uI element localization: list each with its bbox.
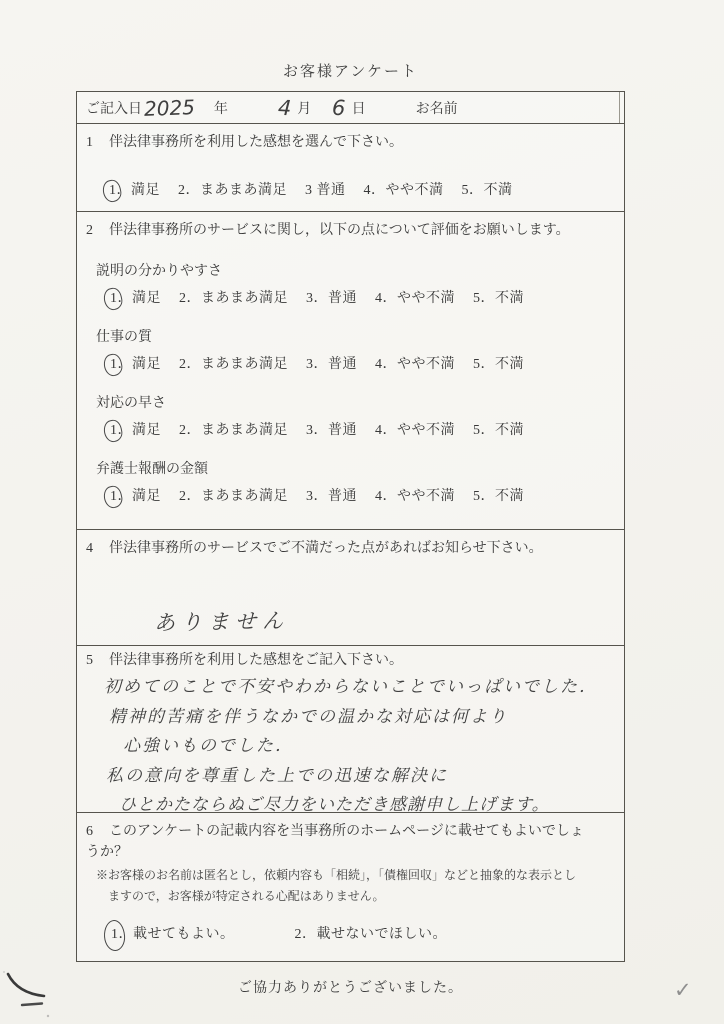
rating-option: 4．やや不満 [375, 485, 455, 505]
subquestion-label: 弁護士報酬の金額 [96, 460, 614, 480]
option-number: 1 [110, 291, 118, 307]
option-label: 普通 [317, 183, 346, 198]
option-separator: ． [383, 423, 398, 438]
option-number: 5 [473, 423, 481, 439]
option-label: やや不満 [397, 291, 455, 306]
option-number: 4 [375, 291, 383, 307]
rating-option: 1．満足 [110, 353, 161, 373]
option-label: 不満 [495, 357, 524, 372]
entry-year-value: 2025 [144, 95, 196, 121]
rating-option: 5．不満 [473, 287, 524, 307]
option-separator: ． [314, 291, 329, 306]
option-label: 載せないでほしい。 [317, 927, 448, 942]
option-number: 3 [305, 183, 313, 199]
question-number: 1 [86, 133, 109, 153]
option-number: 2 [179, 357, 187, 373]
rating-options-row: 1．満足 2．まあまあ満足 3．普通 4．やや不満 5．不満 [110, 287, 614, 307]
rating-option: 3．普通 [306, 353, 357, 373]
subquestion-label: 対応の早さ [96, 394, 614, 414]
handwritten-comment-block: 初めてのことで不安やわからないことでいっぱいでした． 精神的苦痛を伴うなかでの温… [86, 673, 614, 821]
question-4: 4 伴法律事務所のサービスでご不満だった点があればお知らせ下さい。 ありません [77, 530, 624, 646]
entry-date-row: ご記入日 2025 年 4 月 6 日 お名前 [77, 92, 624, 124]
question-2: 2 伴法律事務所のサービスに関し，以下の点について評価をお願いします。 説明の分… [77, 212, 624, 530]
option-separator: ． [383, 489, 398, 504]
rating-option: 4．やや不満 [364, 179, 444, 199]
option-number: 2 [179, 489, 187, 505]
rating-option: 1．満足 [109, 179, 160, 199]
anonymity-note-line-2: ますので，お客様が特定される心配はありません。 [108, 886, 614, 907]
option-separator: ． [187, 489, 202, 504]
question-number: 6 [86, 822, 109, 842]
question-6-statement: 6 このアンケートの記載内容を当事務所のホームページに載せてもよいでしょ [86, 813, 614, 842]
handwritten-comment-line: 心強いものでした． [123, 732, 614, 762]
publish-option: 2．載せないでほしい。 [295, 923, 448, 943]
rating-option: 1．満足 [110, 419, 161, 439]
option-number: 1 [110, 423, 118, 439]
option-separator: ． [481, 423, 496, 438]
option-label: やや不満 [397, 423, 455, 438]
question-number: 4 [86, 539, 109, 559]
option-label: 普通 [328, 357, 357, 372]
question-6: 6 このアンケートの記載内容を当事務所のホームページに載せてもよいでしょ うか？… [77, 813, 624, 961]
question-1-statement: 1 伴法律事務所を利用した感想を選んで下さい。 [86, 124, 614, 153]
rating-options-row: 1．満足 2．まあまあ満足 3．普通 4．やや不満 5．不満 [110, 353, 614, 373]
customer-name-label: お名前 [416, 98, 458, 118]
rating-option: 5．不満 [473, 419, 524, 439]
anonymity-note: ※お客様のお名前は匿名とし，依頼内容も「相続」，「債権回収」などと抽象的な表示と… [86, 865, 614, 907]
option-number: 2 [295, 927, 303, 943]
rating-option: 3．普通 [306, 419, 357, 439]
option-number: 4 [375, 423, 383, 439]
pen-stroke-mark [2, 968, 62, 1020]
rating-option: 4．やや不満 [375, 353, 455, 373]
option-number: 5 [473, 489, 481, 505]
option-label: 満足 [132, 423, 161, 438]
option-label: 普通 [328, 489, 357, 504]
rating-option: 1．満足 [110, 485, 161, 505]
option-separator: ． [481, 489, 496, 504]
subquestion-attorney-fees: 弁護士報酬の金額 1．満足 2．まあまあ満足 3．普通 4．やや不満 5．不満 [86, 460, 614, 505]
option-label: 不満 [495, 291, 524, 306]
rating-option: 4．やや不満 [375, 419, 455, 439]
option-number: 3 [306, 291, 314, 307]
option-number: 2 [178, 183, 186, 199]
question-1: 1 伴法律事務所を利用した感想を選んで下さい。 1．満足 2．まあまあ満足 3 … [77, 124, 624, 212]
option-label: 不満 [495, 423, 524, 438]
option-label: 普通 [328, 291, 357, 306]
option-separator: ． [314, 423, 329, 438]
rating-option: 5．不満 [473, 353, 524, 373]
option-separator: ． [371, 183, 386, 198]
option-number: 4 [364, 183, 372, 199]
publish-option: 1．載せてもよい。 [111, 923, 235, 943]
rating-option: 2．まあまあ満足 [178, 179, 287, 199]
rating-option: 5．不満 [462, 179, 513, 199]
option-number: 4 [375, 357, 383, 373]
option-number: 1 [109, 183, 117, 199]
question-4-statement: 4 伴法律事務所のサービスでご不満だった点があればお知らせ下さい。 [86, 530, 614, 559]
question-5: 5 伴法律事務所を利用した感想をご記入下さい。 初めてのことで不安やわからないこ… [77, 646, 624, 813]
option-number: 1 [111, 927, 119, 943]
day-unit-label: 日 [352, 98, 366, 118]
handwritten-comment-line: 初めてのことで不安やわからないことでいっぱいでした． [104, 673, 614, 703]
option-number: 4 [375, 489, 383, 505]
year-unit-label: 年 [214, 98, 228, 118]
option-number: 1 [110, 357, 118, 373]
option-label: 満足 [132, 357, 161, 372]
rating-option: 2．まあまあ満足 [179, 485, 288, 505]
option-separator: ． [186, 183, 201, 198]
rating-option: 3 普通 [305, 179, 346, 199]
option-label: まあまあ満足 [201, 357, 288, 372]
subquestion-response-speed: 対応の早さ 1．満足 2．まあまあ満足 3．普通 4．やや不満 5．不満 [86, 394, 614, 439]
option-label: 満足 [131, 183, 160, 198]
option-separator: ． [302, 927, 317, 942]
option-separator: ． [383, 291, 398, 306]
option-label: まあまあ満足 [201, 423, 288, 438]
option-label: 満足 [132, 291, 161, 306]
option-label: 普通 [328, 423, 357, 438]
question-text-line-1: このアンケートの記載内容を当事務所のホームページに載せてもよいでしょ [109, 822, 614, 842]
question-text: 伴法律事務所を利用した感想をご記入下さい。 [109, 652, 614, 670]
option-label: まあまあ満足 [200, 183, 287, 198]
handwritten-comment-line: 私の意向を尊重した上での迅速な解決に [106, 762, 614, 792]
option-number: 5 [473, 291, 481, 307]
option-label: 不満 [495, 489, 524, 504]
option-label: 載せてもよい。 [133, 927, 235, 942]
rating-option: 2．まあまあ満足 [179, 353, 288, 373]
scanned-survey-sheet: お客様アンケート ご記入日 2025 年 4 月 6 日 お名前 1 伴法律事務… [0, 0, 724, 1024]
option-separator: ． [187, 291, 202, 306]
option-label: 不満 [484, 183, 513, 198]
question-2-statement: 2 伴法律事務所のサービスに関し，以下の点について評価をお願いします。 [86, 212, 614, 241]
handwritten-answer: ありません [154, 599, 614, 637]
rating-option: 3．普通 [306, 485, 357, 505]
rating-option: 3．普通 [306, 287, 357, 307]
option-label: まあまあ満足 [201, 291, 288, 306]
option-number: 3 [306, 423, 314, 439]
thank-you-footer: ご協力ありがとうございました。 [76, 977, 625, 997]
rating-options-row: 1．満足 2．まあまあ満足 3 普通 4．やや不満 5．不満 [109, 179, 614, 199]
option-number: 2 [179, 423, 187, 439]
option-number: 3 [306, 489, 314, 505]
subquestion-work-quality: 仕事の質 1．満足 2．まあまあ満足 3．普通 4．やや不満 5．不満 [86, 328, 614, 373]
subquestion-clarity: 説明の分かりやすさ 1．満足 2．まあまあ満足 3．普通 4．やや不満 5．不満 [86, 262, 614, 307]
question-5-statement: 5 伴法律事務所を利用した感想をご記入下さい。 [86, 646, 614, 670]
option-separator: ． [481, 291, 496, 306]
option-separator: ． [481, 357, 496, 372]
option-label: まあまあ満足 [201, 489, 288, 504]
question-text-line-2: うか？ [86, 842, 614, 863]
rating-option: 4．やや不満 [375, 287, 455, 307]
option-number: 5 [462, 183, 470, 199]
option-separator: ． [314, 489, 329, 504]
rating-option: 2．まあまあ満足 [179, 287, 288, 307]
question-number: 2 [86, 221, 109, 241]
question-text: 伴法律事務所のサービスでご不満だった点があればお知らせ下さい。 [109, 539, 614, 559]
handwritten-comment-line: 精神的苦痛を伴うなかでの温かな対応は何より [109, 703, 614, 733]
option-number: 3 [306, 357, 314, 373]
question-text: 伴法律事務所のサービスに関し，以下の点について評価をお願いします。 [109, 221, 614, 241]
question-number: 5 [86, 652, 109, 670]
entry-date-label: ご記入日 [86, 98, 142, 118]
month-unit-label: 月 [297, 98, 311, 118]
handwritten-checkmark: ✓ [674, 978, 692, 1002]
question-text: 伴法律事務所を利用した感想を選んで下さい。 [109, 133, 614, 153]
entry-month-value: 4 [277, 95, 292, 120]
rating-option: 2．まあまあ満足 [179, 419, 288, 439]
subquestion-label: 仕事の質 [96, 328, 614, 348]
option-separator: ． [187, 423, 202, 438]
rating-options-row: 1．満足 2．まあまあ満足 3．普通 4．やや不満 5．不満 [110, 419, 614, 439]
option-number: 2 [179, 291, 187, 307]
option-label: やや不満 [397, 489, 455, 504]
option-label: 満足 [132, 489, 161, 504]
option-label: やや不満 [397, 357, 455, 372]
publish-options-row: 1．載せてもよい。 2．載せないでほしい。 [111, 923, 614, 943]
option-separator: ． [314, 357, 329, 372]
option-number: 1 [110, 489, 118, 505]
rating-options-row: 1．満足 2．まあまあ満足 3．普通 4．やや不満 5．不満 [110, 485, 614, 505]
survey-form-box: ご記入日 2025 年 4 月 6 日 お名前 1 伴法律事務所を利用した感想を… [76, 91, 625, 962]
option-separator: ． [187, 357, 202, 372]
option-separator: ． [469, 183, 484, 198]
rating-option: 1．満足 [110, 287, 161, 307]
option-separator: ． [383, 357, 398, 372]
option-number: 5 [473, 357, 481, 373]
anonymity-note-line-1: ※お客様のお名前は匿名とし，依頼内容も「相続」，「債権回収」などと抽象的な表示と… [96, 865, 614, 886]
entry-day-value: 6 [332, 95, 346, 119]
subquestion-label: 説明の分かりやすさ [96, 262, 614, 282]
option-label: やや不満 [386, 183, 444, 198]
rating-option: 5．不満 [473, 485, 524, 505]
survey-title: お客様アンケート [76, 60, 625, 81]
